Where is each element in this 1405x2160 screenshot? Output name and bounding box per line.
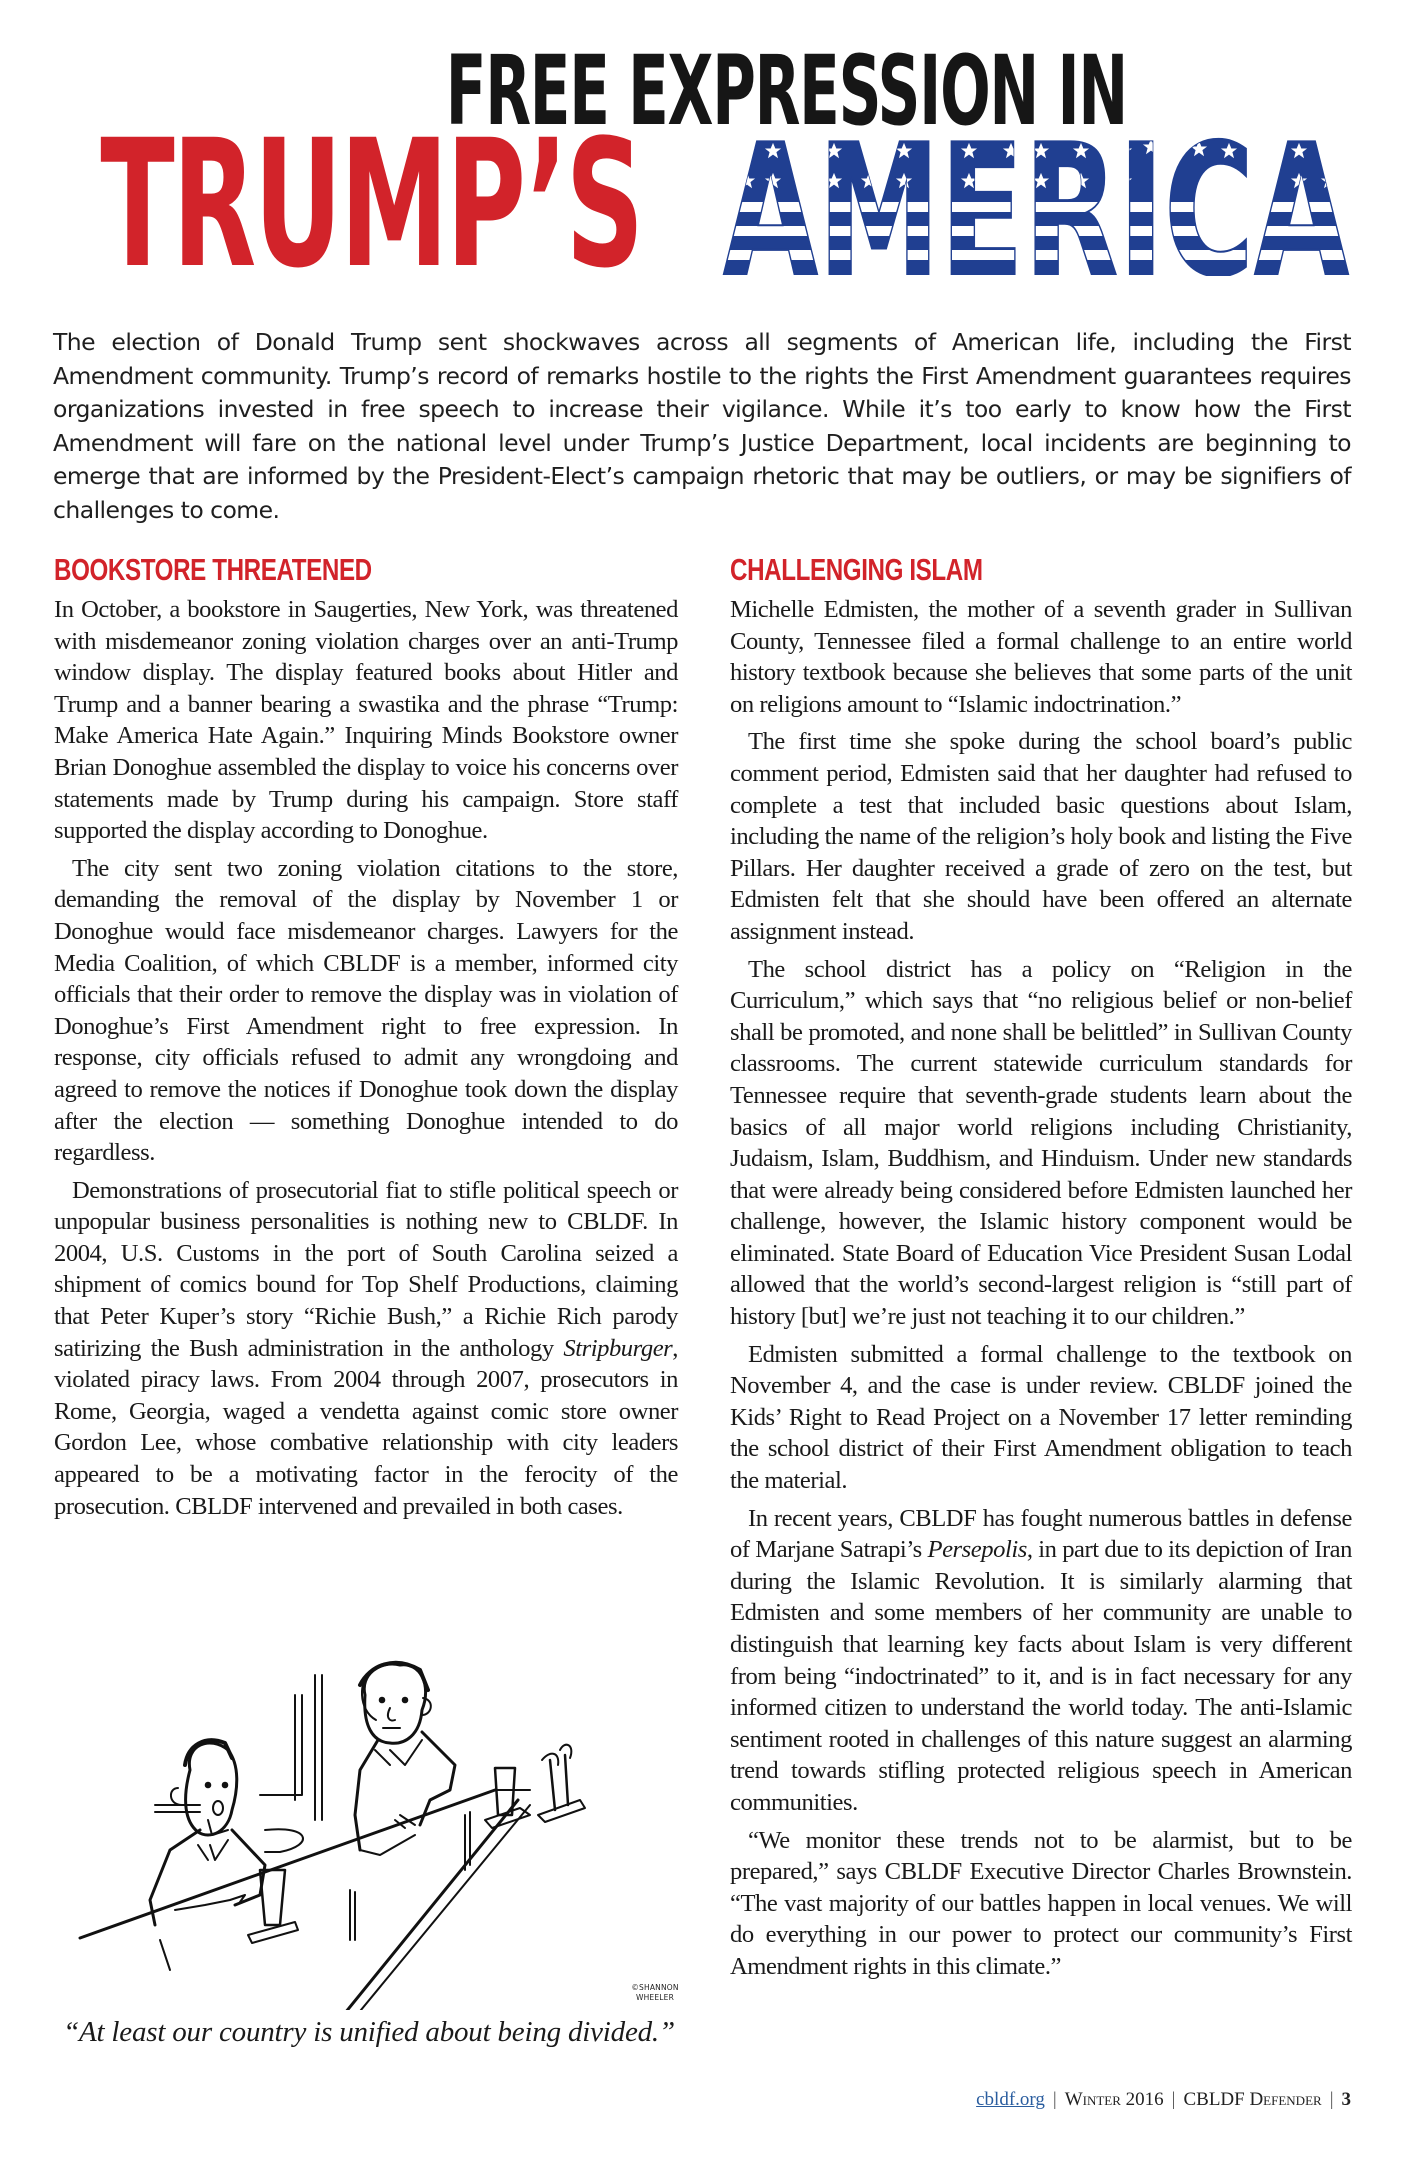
paragraph: Edmisten submitted a formal challenge to…	[730, 1339, 1352, 1497]
america-word: AMERICA	[723, 134, 1349, 276]
paragraph: In recent years, CBLDF has fought numero…	[730, 1503, 1352, 1819]
footer-site-link[interactable]: cbldf.org	[976, 2089, 1045, 2110]
paragraph: “We monitor these trends not to be alarm…	[730, 1825, 1352, 1983]
footer-publication: CBLDF Defender	[1183, 2089, 1321, 2110]
section-heading-bookstore: BOOKSTORE THREATENED	[54, 552, 541, 588]
right-column: CHALLENGING ISLAM Michelle Edmisten, the…	[730, 552, 1352, 1989]
cartoon-caption: “At least our country is unified about b…	[44, 2012, 694, 2052]
title-persepolis: Persepolis	[928, 1536, 1027, 1563]
footer-separator: |	[1322, 2089, 1342, 2110]
bar-scene-drawing	[60, 1640, 700, 2010]
flag-letters-graphic: AMERICA AMERICA	[720, 134, 1352, 276]
right-column-body: Michelle Edmisten, the mother of a seven…	[730, 594, 1352, 1983]
footer-page-number: 3	[1342, 2089, 1352, 2110]
paragraph: Demonstrations of prosecutorial fiat to …	[54, 1175, 678, 1523]
masthead-trumps-wrap: TRUMP’S	[54, 132, 688, 278]
title-stripburger: Stripburger	[563, 1335, 672, 1362]
intro-paragraph: The election of Donald Trump sent shockw…	[53, 326, 1351, 527]
footer-separator: |	[1045, 2089, 1065, 2110]
masthead-trumps: TRUMP’S	[75, 132, 666, 278]
masthead-line1: FREE EXPRESSION IN	[446, 46, 954, 136]
paragraph: The first time she spoke during the scho…	[730, 726, 1352, 947]
credit-line: ©SHANNON	[620, 1983, 690, 1993]
footer-season: Winter 2016	[1065, 2089, 1164, 2110]
footer-separator: |	[1164, 2089, 1184, 2110]
text-span: , in part due to its depiction of Iran d…	[730, 1536, 1352, 1816]
paragraph: The city sent two zoning violation citat…	[54, 853, 678, 1169]
paragraph: The school district has a policy on “Rel…	[730, 954, 1352, 1333]
paragraph: Michelle Edmisten, the mother of a seven…	[730, 594, 1352, 720]
text-span: , violated piracy laws. From 2004 throug…	[54, 1335, 678, 1520]
left-column-body: In October, a bookstore in Saugerties, N…	[54, 594, 678, 1522]
paragraph: In October, a bookstore in Saugerties, N…	[54, 594, 678, 847]
cartoon-illustration	[60, 1640, 700, 2010]
masthead-america-flag-lettering: AMERICA AMERICA	[720, 134, 1352, 276]
left-column: BOOKSTORE THREATENED In October, a books…	[54, 552, 678, 1528]
cartoon-credit: ©SHANNON WHEELER	[620, 1983, 690, 2003]
credit-line: WHEELER	[620, 1993, 690, 2003]
section-heading-islam: CHALLENGING ISLAM	[730, 552, 1215, 588]
page-footer: cbldf.org|Winter 2016|CBLDF Defender|3	[976, 2085, 1351, 2115]
